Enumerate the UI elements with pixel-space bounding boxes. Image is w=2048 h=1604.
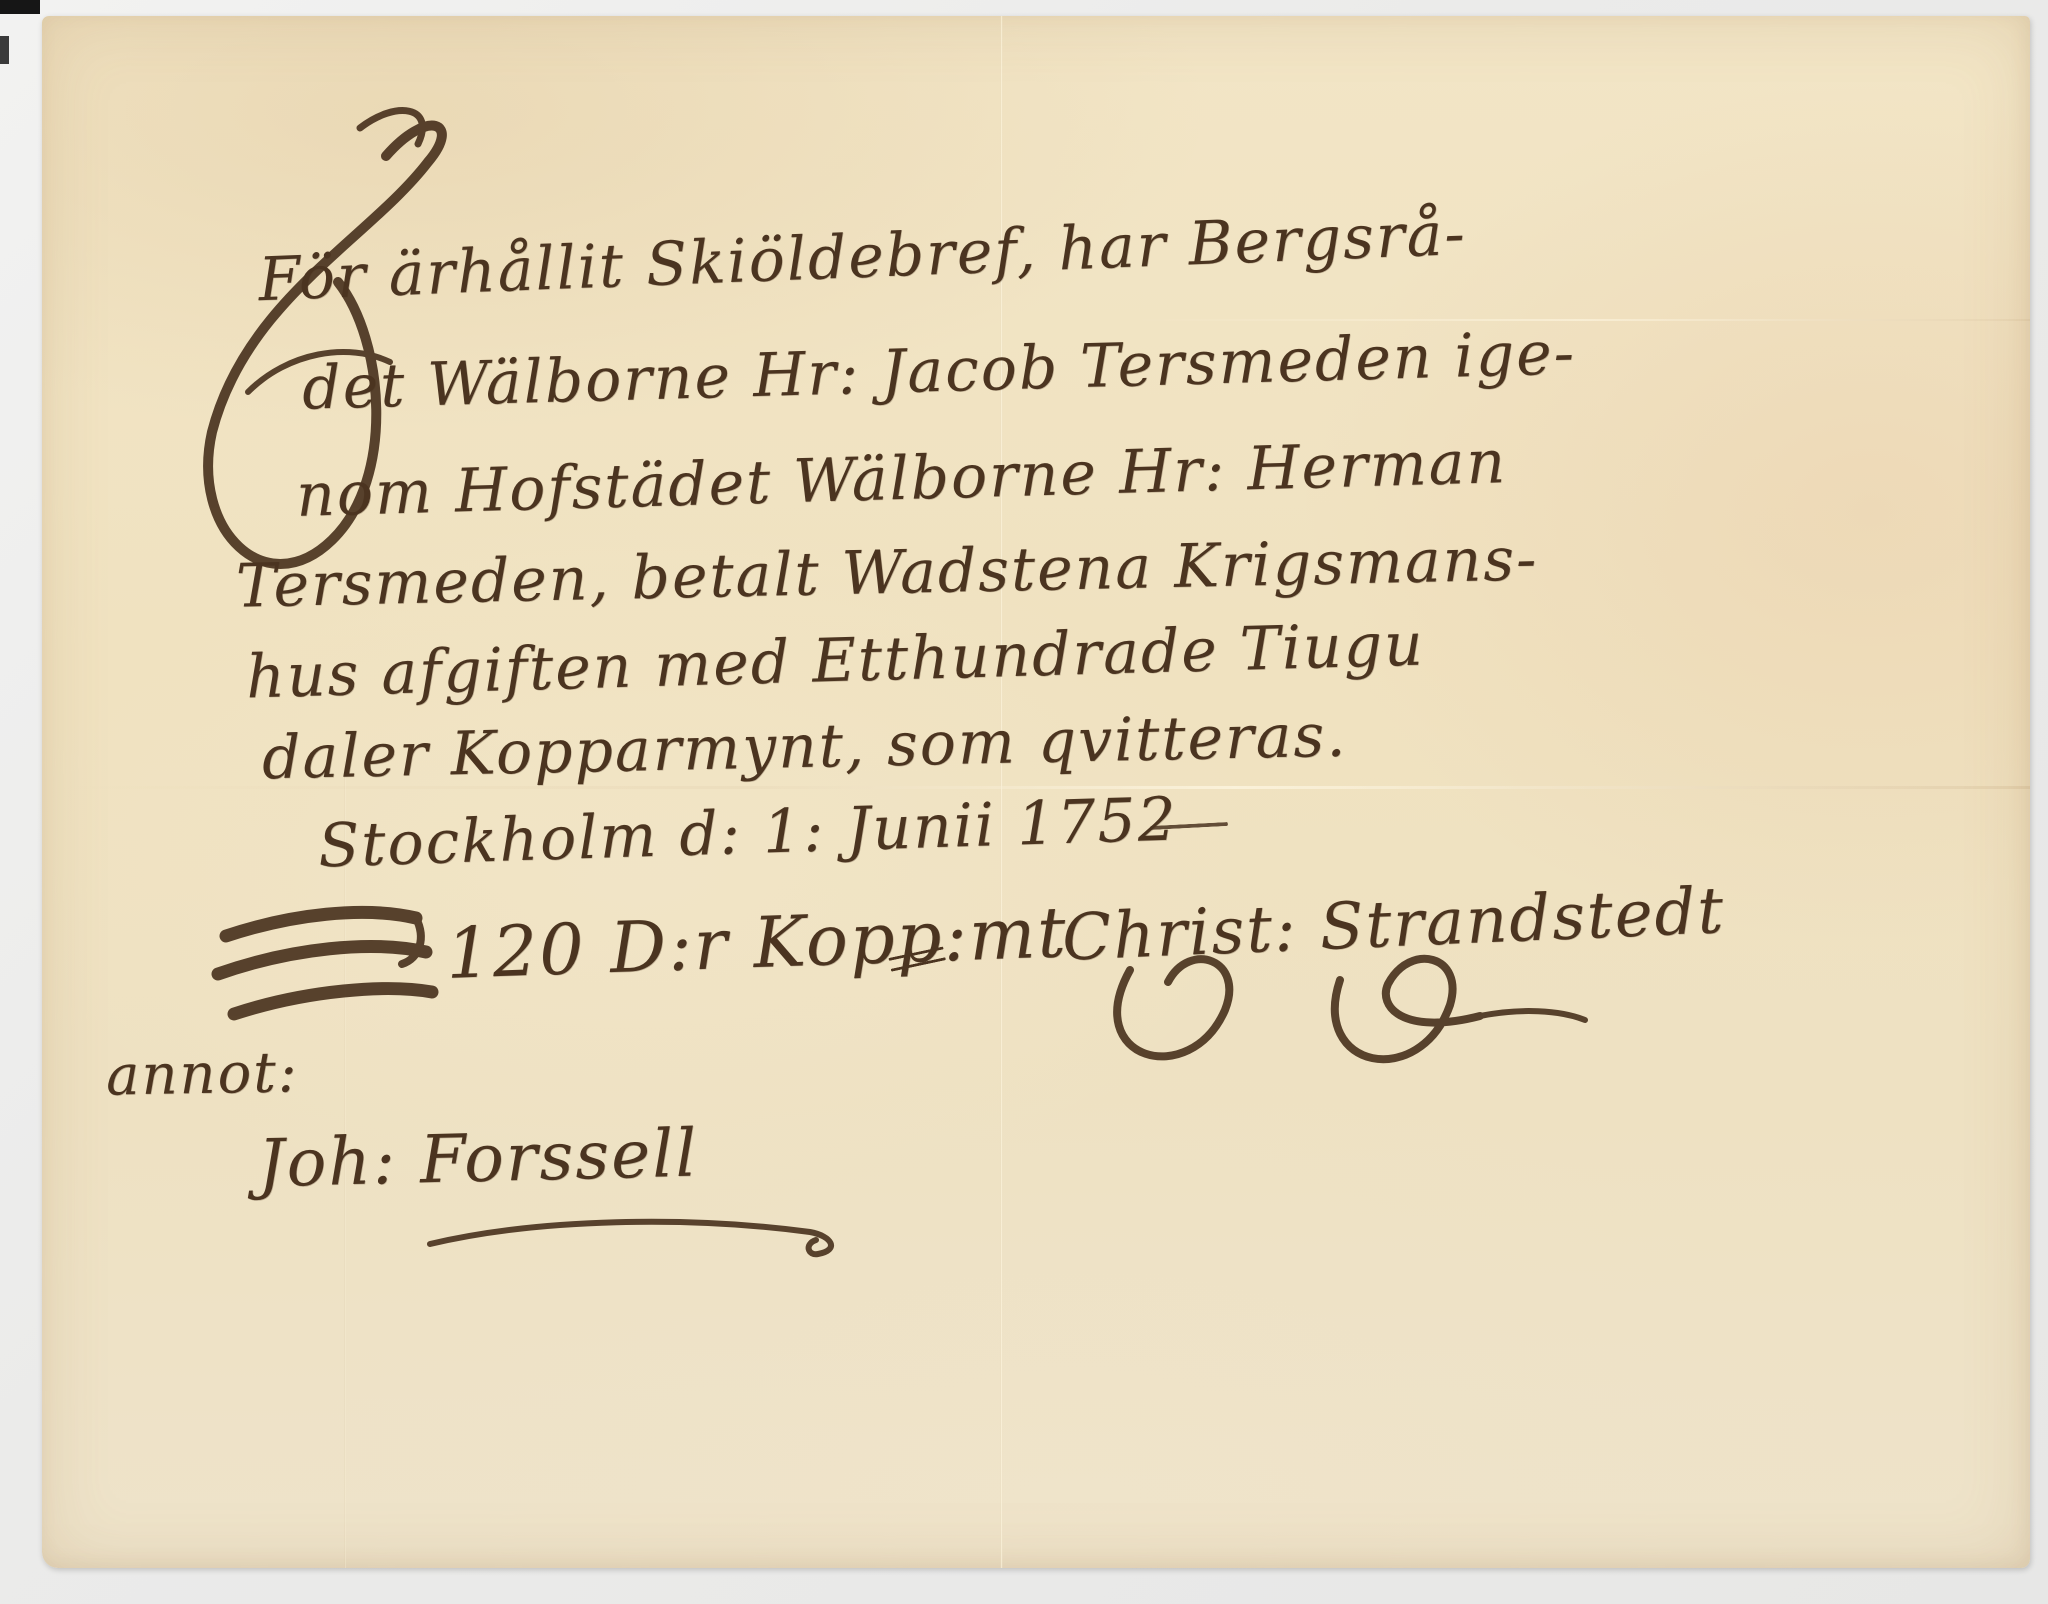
annotator-signature: Joh: Forssell [257,1115,699,1203]
annotation-label: annot: [105,1040,299,1108]
scanner-edge-artifact [0,0,40,14]
fold-crease-horizontal-faint [1135,319,2030,321]
annotator-underline-flourish [420,1210,860,1270]
amount-flourish [212,898,442,1038]
signature-flourish [1040,940,1600,1120]
scan-background: För ärhållit Skiöldebref, har Bergsrå- d… [0,0,2048,1604]
scanner-edge-artifact [0,36,9,64]
